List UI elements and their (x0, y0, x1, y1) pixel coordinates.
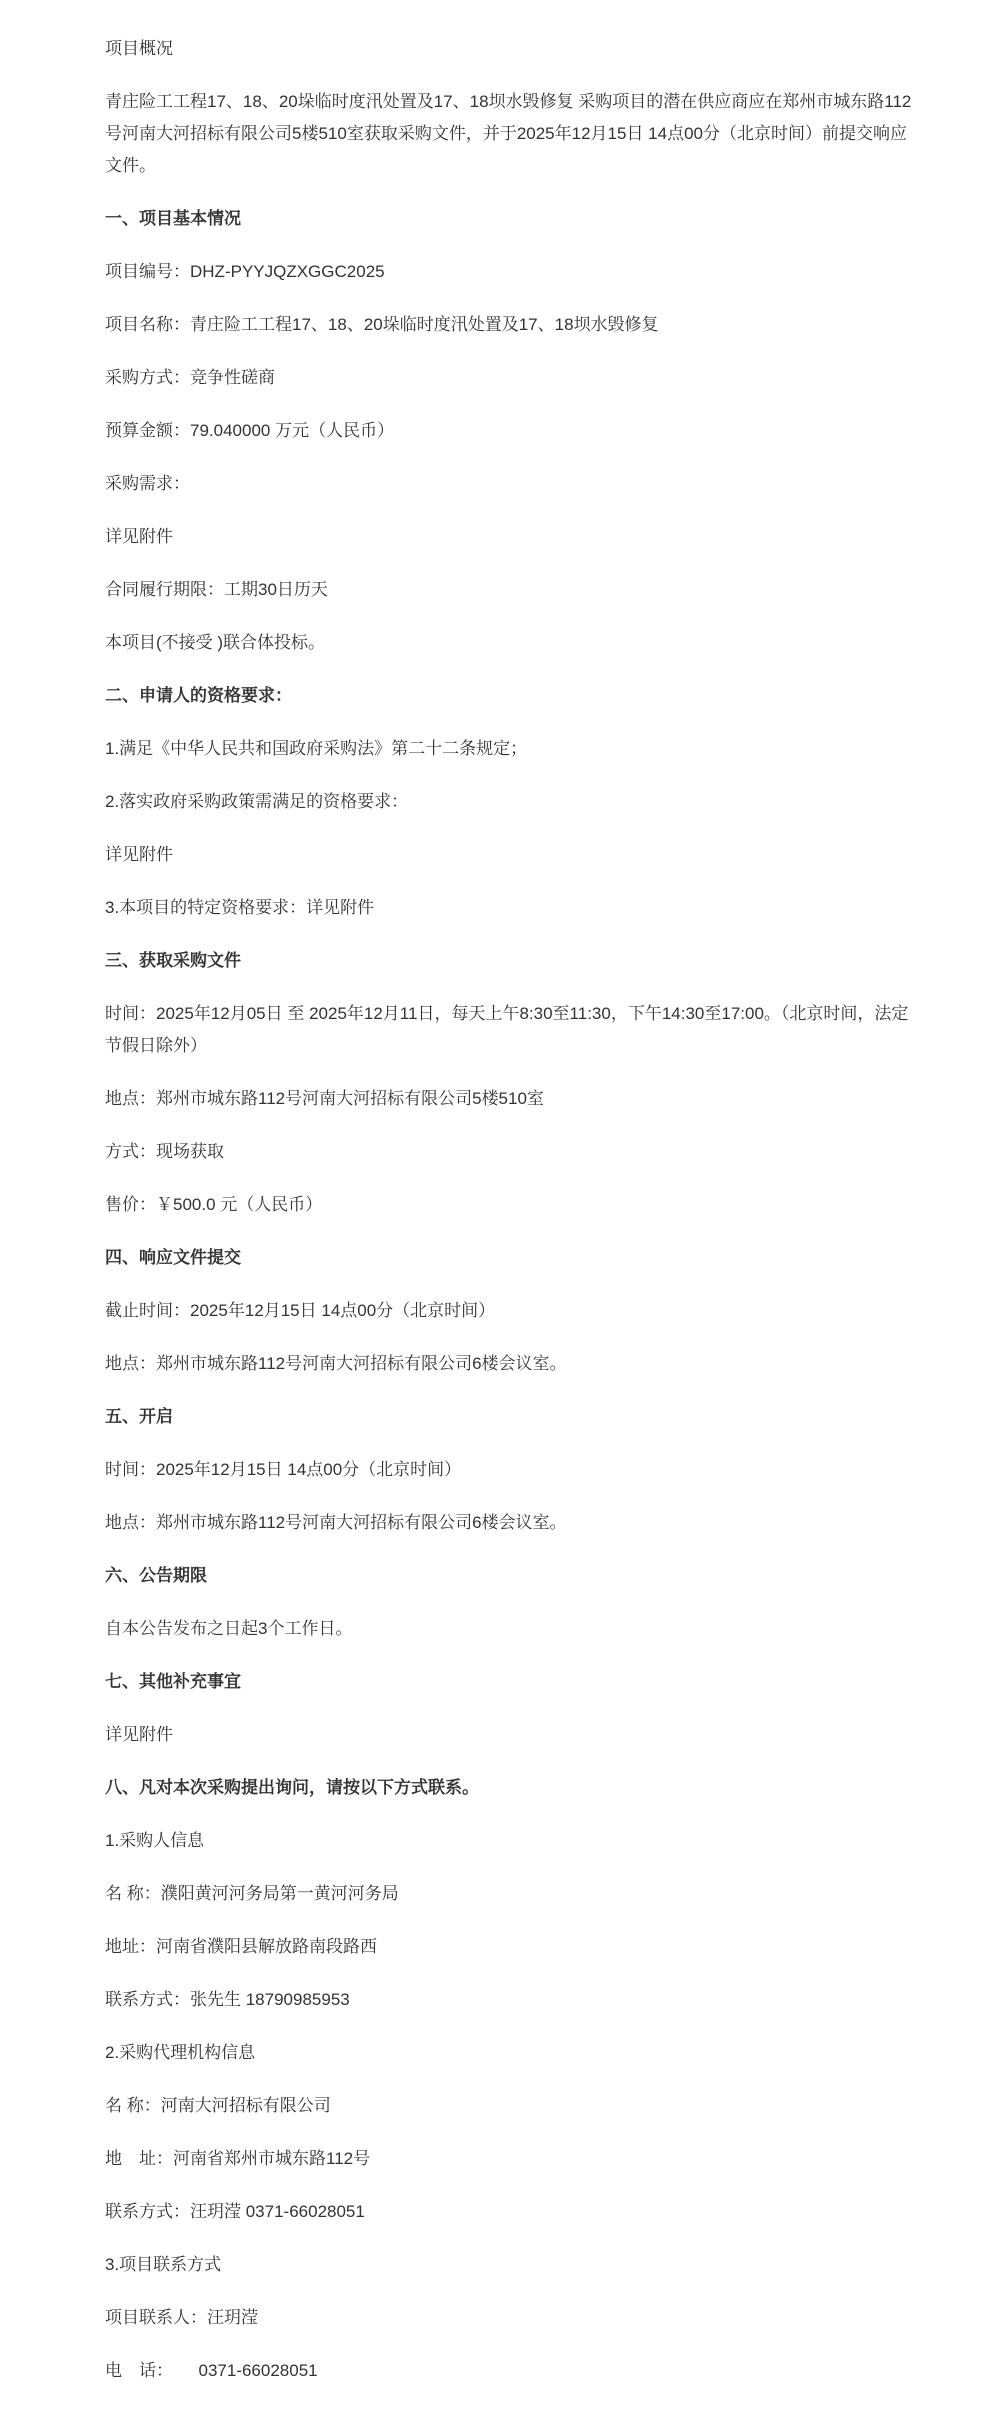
intro-paragraph: 青庄险工工程17、18、20垛临时度汛处置及17、18坝水毁修复 采购项目的潜在… (105, 86, 917, 182)
section-6-heading: 六、公告期限 (105, 1560, 917, 1592)
agency-info-label: 2.采购代理机构信息 (105, 2037, 917, 2069)
project-number: 项目编号：DHZ-PYYJQZXGGC2025 (105, 256, 917, 288)
purchaser-contact: 联系方式：张先生 18790985953 (105, 1984, 917, 2016)
announcement-period: 自本公告发布之日起3个工作日。 (105, 1613, 917, 1645)
agency-name: 名 称：河南大河招标有限公司 (105, 2090, 917, 2122)
section-2-heading: 二、申请人的资格要求： (105, 680, 917, 712)
doc-obtain-method: 方式：现场获取 (105, 1136, 917, 1168)
section-3-heading: 三、获取采购文件 (105, 945, 917, 977)
project-name: 项目名称：青庄险工工程17、18、20垛临时度汛处置及17、18坝水毁修复 (105, 309, 917, 341)
purchaser-address: 地址：河南省濮阳县解放路南段路西 (105, 1931, 917, 1963)
opening-location: 地点：郑州市城东路112号河南大河招标有限公司6楼会议室。 (105, 1507, 917, 1539)
document-body: 项目概况青庄险工工程17、18、20垛临时度汛处置及17、18坝水毁修复 采购项… (105, 33, 917, 2387)
doc-obtain-location: 地点：郑州市城东路112号河南大河招标有限公司5楼510室 (105, 1083, 917, 1115)
submit-location: 地点：郑州市城东路112号河南大河招标有限公司6楼会议室。 (105, 1348, 917, 1380)
see-attachment-1: 详见附件 (105, 521, 917, 553)
purchaser-info-label: 1.采购人信息 (105, 1825, 917, 1857)
project-contact-person: 项目联系人：汪玥滢 (105, 2302, 917, 2334)
qualification-3: 3.本项目的特定资格要求：详见附件 (105, 892, 917, 924)
submit-deadline: 截止时间：2025年12月15日 14点00分（北京时间） (105, 1295, 917, 1327)
qualification-1: 1.满足《中华人民共和国政府采购法》第二十二条规定； (105, 733, 917, 765)
doc-obtain-time: 时间：2025年12月05日 至 2025年12月11日，每天上午8:30至11… (105, 998, 917, 1062)
see-attachment-3: 详见附件 (105, 1719, 917, 1751)
project-contact-phone: 电 话： 0371-66028051 (105, 2355, 917, 2387)
procurement-method: 采购方式：竞争性磋商 (105, 362, 917, 394)
contract-period: 合同履行期限：工期30日历天 (105, 574, 917, 606)
doc-overview-title: 项目概况 (105, 33, 917, 65)
see-attachment-2: 详见附件 (105, 839, 917, 871)
procurement-demand: 采购需求： (105, 468, 917, 500)
section-8-heading: 八、凡对本次采购提出询问，请按以下方式联系。 (105, 1772, 917, 1804)
opening-time: 时间：2025年12月15日 14点00分（北京时间） (105, 1454, 917, 1486)
announcement-document: 项目概况青庄险工工程17、18、20垛临时度汛处置及17、18坝水毁修复 采购项… (0, 0, 987, 2428)
section-1-heading: 一、项目基本情况 (105, 203, 917, 235)
agency-address: 地 址：河南省郑州市城东路112号 (105, 2143, 917, 2175)
doc-price: 售价：￥500.0 元（人民币） (105, 1189, 917, 1221)
qualification-2: 2.落实政府采购政策需满足的资格要求： (105, 786, 917, 818)
section-5-heading: 五、开启 (105, 1401, 917, 1433)
purchaser-name: 名 称：濮阳黄河河务局第一黄河河务局 (105, 1878, 917, 1910)
agency-contact: 联系方式：汪玥滢 0371-66028051 (105, 2196, 917, 2228)
section-7-heading: 七、其他补充事宜 (105, 1666, 917, 1698)
consortium-bidding: 本项目(不接受 )联合体投标。 (105, 627, 917, 659)
project-contact-label: 3.项目联系方式 (105, 2249, 917, 2281)
section-4-heading: 四、响应文件提交 (105, 1242, 917, 1274)
budget-amount: 预算金额：79.040000 万元（人民币） (105, 415, 917, 447)
